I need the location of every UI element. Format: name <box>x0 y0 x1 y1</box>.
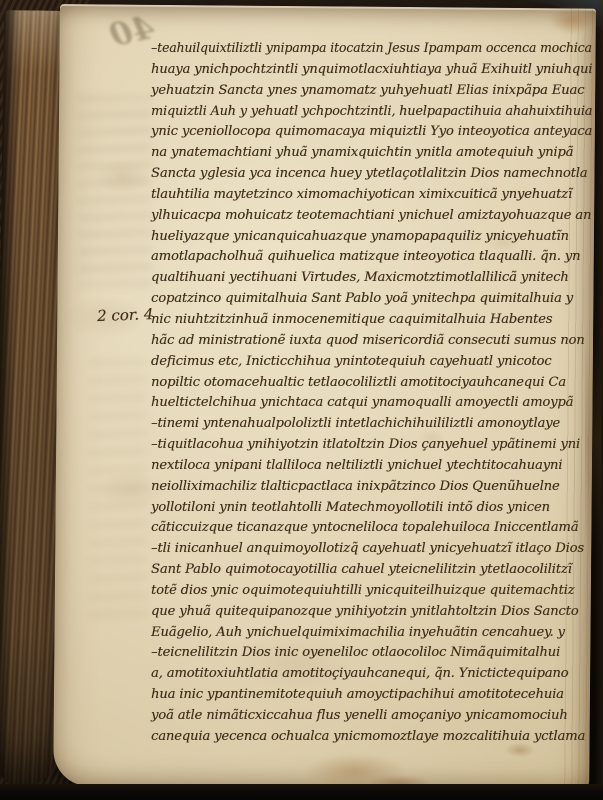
manuscript-line: –teicnelilitzin Dios inic oyeneliloc otl… <box>151 643 592 664</box>
manuscript-line: yollotiloni ynin teotlahtolli Matechmoyo… <box>151 498 592 519</box>
manuscript-line: neiolliximachiliz tlalticpactlaca inixpã… <box>151 477 592 498</box>
page-gutter-shadow <box>595 0 603 800</box>
manuscript-line: hãc ad ministrationẽ iuxta quod miserico… <box>151 331 592 352</box>
manuscript-line: Euãgelio, Auh ynichuelquimiximachilia in… <box>151 623 592 644</box>
manuscript-line: totẽ dios ynic oquimotequiuhtilli ynicqu… <box>151 581 592 602</box>
manuscript-line: a, amotitoxiuhtlatia amotitoçiyauhcanequ… <box>151 664 592 685</box>
manuscript-line: hueliyazque ynicanquicahuazque ynamopapa… <box>151 227 592 248</box>
manuscript-line: na ynatemachtiani yhuã ynamixquichtin yn… <box>151 143 592 164</box>
manuscript-line: Sant Pablo quimotocayotillia cahuel ytei… <box>151 560 592 581</box>
manuscript-text-block: –teahuilquixtiliztli ynipampa itocatzin … <box>151 39 594 751</box>
manuscript-line: hueltictelchihua ynichtaca catqui ynamoq… <box>151 393 592 414</box>
manuscript-line: copatzinco quimitalhuia Sant Pablo yoã y… <box>151 289 592 310</box>
book-photograph: 40 2 cor. 4 –teahuilquixtiliztli ynipamp… <box>0 0 603 800</box>
manuscript-line: ynic yceniollocopa quimomacaya miquiztli… <box>151 122 592 143</box>
manuscript-line: que yhuã quitequipanozque ynihiyotzin yn… <box>151 602 592 623</box>
book-bottom-edge <box>0 784 603 800</box>
manuscript-line: hua inic ypantinemitotequiuh amoyctipach… <box>151 685 592 706</box>
manuscript-line: –tinemi yntenahualpololiztli intetlachic… <box>151 414 592 435</box>
manuscript-line: –teahuilquixtiliztli ynipampa itocatzin … <box>151 39 570 60</box>
manuscript-line: yoã atle nimãticxiccahua flus yenelli am… <box>151 706 592 727</box>
manuscript-line: qualtihuani yectihuani Virtudes, Maxicmo… <box>151 268 592 289</box>
manuscript-line: ylhuicacpa mohuicatz teotemachtiani ynic… <box>151 206 592 227</box>
manuscript-line: tlauhtilia maytetzinco ximomachiyotican … <box>151 185 592 206</box>
marginal-citation-note: 2 cor. 4 <box>97 303 154 327</box>
manuscript-line: canequia yecenca ochualca ynicmomoztlaye… <box>151 727 592 748</box>
manuscript-line: miquiztli Auh y yehuatl ychpochtzintli, … <box>151 102 581 123</box>
manuscript-line: nopiltic otomacehualtic tetlaocoliliztli… <box>151 373 592 394</box>
manuscript-line: cãticcuizque ticanazque yntocneliloca to… <box>151 518 592 539</box>
manuscript-line: deficimus etc, Inicticchihua ynintotequi… <box>151 352 592 373</box>
manuscript-line: huaya ynichpochtzintli ynquimotlacxiuhti… <box>151 60 591 81</box>
manuscript-line: nic niuhtzitzinhuã inmocenemitique caqui… <box>151 310 592 331</box>
manuscript-line: –tli inicanhuel anquimoyollotizq̃ cayehu… <box>151 539 592 560</box>
manuscript-line: yehuatzin Sancta ynes ynamomatz yuhyehua… <box>151 81 592 102</box>
manuscript-line: amotlapacholhuã quihuelica matizque inte… <box>151 247 592 268</box>
manuscript-line: –tiquitlacohua ynihiyotzin itlatoltzin D… <box>151 435 592 456</box>
manuscript-line: Sancta yglesia yca incenca huey ytetlaço… <box>151 164 592 185</box>
manuscript-line: nextiloca ynipani tlalliloca neltiliztli… <box>151 456 592 477</box>
